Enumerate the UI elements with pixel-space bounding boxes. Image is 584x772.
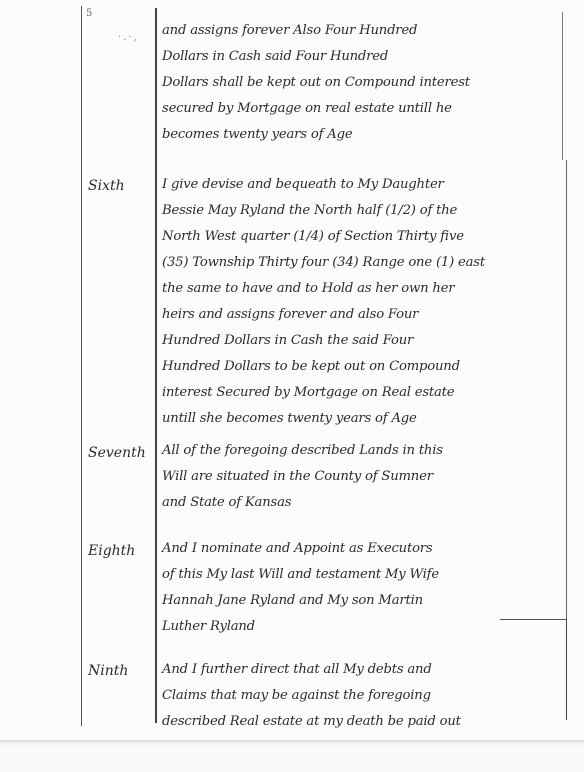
page-corner-mark: 5 [86,8,92,19]
section-body: And I nominate and Appoint as Executors … [162,536,562,640]
text-line: Hundred Dollars in Cash the said Four [162,328,562,354]
text-line: (35) Township Thirty four (34) Range one… [162,250,562,276]
section-body: I give devise and bequeath to My Daughte… [162,172,562,432]
text-line: Bessie May Ryland the North half (1/2) o… [162,198,562,224]
text-line: All of the foregoing described Lands in … [162,438,562,464]
text-line: I give devise and bequeath to My Daughte… [162,172,562,198]
text-line: becomes twenty years of Age [162,122,562,148]
text-line: and State of Kansas [162,490,562,516]
text-line: and assigns forever Also Four Hundred [162,18,562,44]
section-body: And I further direct that all My debts a… [162,657,562,735]
column-divider-rule [155,8,157,723]
section-label: Eighth [88,543,154,559]
text-line: Claims that may be against the foregoing [162,683,562,709]
text-line: untill she becomes twenty years of Age [162,406,562,432]
text-line: heirs and assigns forever and also Four [162,302,562,328]
text-line: Hundred Dollars to be kept out on Compou… [162,354,562,380]
right-border-rule [566,620,567,720]
text-line: secured by Mortgage on real estate until… [162,96,562,122]
scan-bottom-edge [0,740,584,772]
text-line: of this My last Will and testament My Wi… [162,562,562,588]
text-line: Will are situated in the County of Sumne… [162,464,562,490]
right-border-rule [562,12,563,160]
text-line: Hannah Jane Ryland and My son Martin [162,588,562,614]
document-page: 5 ·.·, and assigns forever Also Four Hun… [0,0,584,740]
text-line: And I further direct that all My debts a… [162,657,562,683]
section-label: Ninth [88,663,154,679]
section-body: All of the foregoing described Lands in … [162,438,562,516]
section-label: Sixth [88,178,154,194]
text-line: Dollars in Cash said Four Hundred [162,44,562,70]
text-line: Dollars shall be kept out on Compound in… [162,70,562,96]
scan-specks: ·.·, [118,32,139,43]
left-margin-rule [81,6,82,726]
section-label: Seventh [88,445,154,461]
text-line: described Real estate at my death be pai… [162,709,562,735]
text-line: North West quarter (1/4) of Section Thir… [162,224,562,250]
text-line: the same to have and to Hold as her own … [162,276,562,302]
right-border-rule [566,160,567,620]
text-line: interest Secured by Mortgage on Real est… [162,380,562,406]
text-line: Luther Ryland [162,614,562,640]
section-body: and assigns forever Also Four Hundred Do… [162,18,562,148]
text-line: And I nominate and Appoint as Executors [162,536,562,562]
